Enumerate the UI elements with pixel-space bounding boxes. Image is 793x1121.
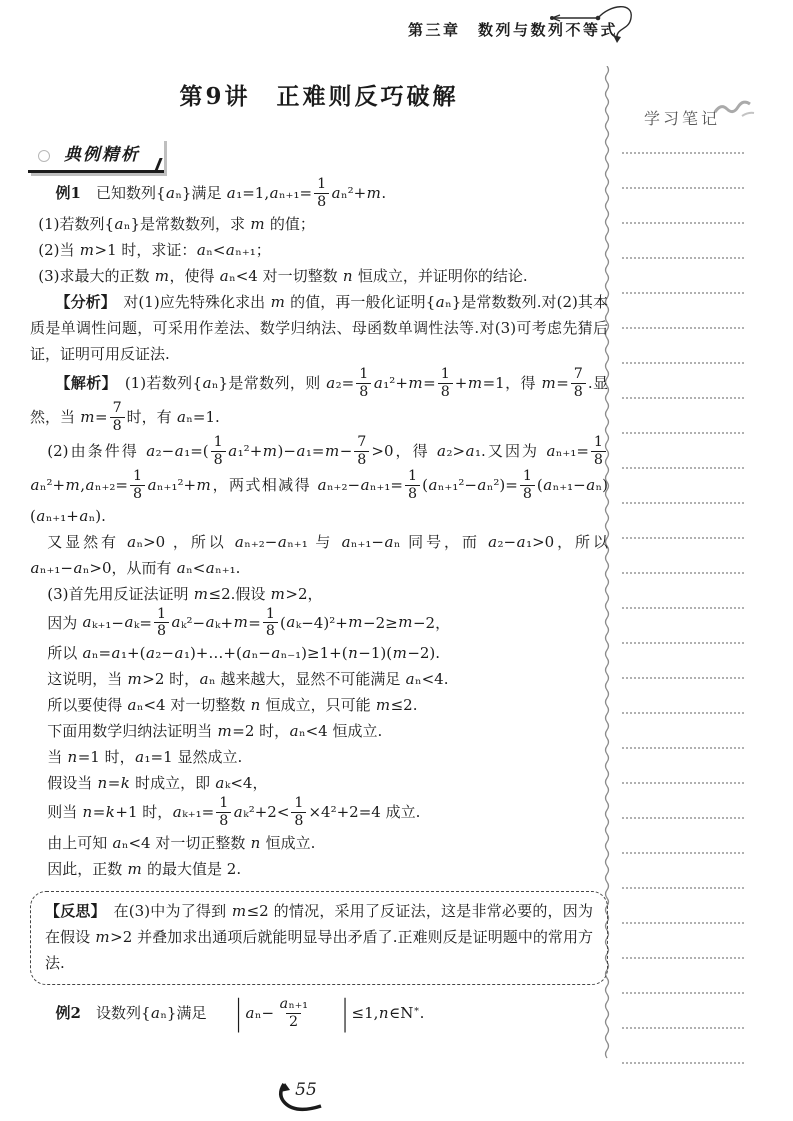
reflection: 【反思】 在(3)中为了得到 m≤2 的情况，采用了反证法，这是非常必要的，因为… [30,891,608,985]
note-line [622,292,744,294]
note-line [622,397,744,399]
solution-induction-conclusion: 由上可知 aₙ<4 对一切正整数 n 恒成立. [30,830,608,856]
example1-q3: (3)求最大的正数 m，使得 aₙ<4 对一切整数 n 恒成立，并证明你的结论. [30,263,608,289]
note-line [622,1027,744,1029]
example2-statement: 例2 设数列{aₙ}满足|aₙ−aₙ₊₁2|≤1,n∈N∗. [30,997,608,1031]
note-line [622,572,744,574]
note-line [622,502,744,504]
note-line [622,222,744,224]
paragraph-label: 【解析】 [56,374,110,392]
pen-scribble-icon [712,98,760,122]
note-line [622,957,744,959]
fraction: 18 [211,435,226,469]
example1-statement: 例1 已知数列{aₙ}满足 a₁=1,aₙ₊₁=18aₙ²+m. [30,177,608,211]
solution-part3-explain: 这说明，当 m>2 时，aₙ 越来越大，显然不可能满足 aₙ<4. [30,666,608,692]
solution-part3-sum: 所以 aₙ=a₁+(a₂−a₁)+…+(aₙ−aₙ₋₁)≥1+(n−1)(m−2… [30,640,608,666]
note-line [622,537,744,539]
note-line [622,432,744,434]
textbook-page: 第三章 数列与数列不等式 第9讲 正难则反巧破解 典例精析 学习笔记 例1 已知… [0,0,793,1121]
note-line [622,362,744,364]
solution-induction-hypothesis: 假设当 n=k 时成立，即 aₖ<4， [30,770,608,796]
abs-bar: | [317,983,348,1043]
solution-induction-intro: 下面用数学归纳法证明当 m=2 时，aₙ<4 恒成立. [30,718,608,744]
fraction: 18 [405,469,420,503]
fraction: 18 [130,469,145,503]
fraction: 18 [591,435,606,469]
fraction: aₙ₊₁2 [276,997,311,1031]
study-notes-label: 学习笔记 [644,106,720,129]
example1-q1: (1)若数列{aₙ}是常数数列，求 m 的值； [30,211,608,237]
solution-part3-inequality: 因为 aₖ₊₁−aₖ=18aₖ²−aₖ+m=18(aₖ−4)²+m−2≥m−2， [30,607,608,641]
fraction: 18 [314,177,329,211]
note-line [622,607,744,609]
note-line [622,257,744,259]
banner-circle-icon [38,150,50,162]
note-line [622,747,744,749]
arrow-doodle-icon [540,2,650,56]
solution-induction-base: 当 n=1 时，a₁=1 显然成立. [30,744,608,770]
fraction: 18 [216,796,231,830]
fraction: 78 [354,435,369,469]
fraction: 18 [154,607,169,641]
note-line [622,642,744,644]
fraction: 18 [263,607,278,641]
note-line [622,1062,744,1064]
fraction: 18 [356,367,371,401]
paragraph-label: 【分析】 [56,293,109,311]
fraction: 18 [291,796,306,830]
fraction: 78 [571,367,586,401]
solution-final-answer: 因此，正数 m 的最大值是 2. [30,856,608,882]
page-number: 55 [295,1080,317,1100]
solution-part1: 【解析】 (1)若数列{aₙ}是常数列，则 a₂=18a₁²+m=18+m=1，… [30,367,608,435]
section-banner-label: 典例精析 [64,145,140,165]
content-area: 例1 已知数列{aₙ}满足 a₁=1,aₙ₊₁=18aₙ²+m.(1)若数列{a… [30,177,608,1031]
page-title: 第9讲 正难则反巧破解 [30,78,608,111]
note-line [622,817,744,819]
solution-induction-step: 则当 n=k+1 时，aₖ₊₁=18aₖ²+2<18×4²+2=4 成立. [30,796,608,830]
solution-part2b: 又显然有 aₙ>0 ，所以 aₙ₊₂−aₙ₊₁ 与 aₙ₊₁−aₙ 同号，而 a… [30,529,608,581]
note-line [622,887,744,889]
note-line [622,782,744,784]
note-line [622,467,744,469]
solution-part2a: (2)由条件得 a₂−a₁=(18a₁²+m)−a₁=m−78>0，得 a₂>a… [30,435,608,529]
abs-bar: | [210,983,241,1043]
solution-part3-assume: (3)首先用反证法证明 m≤2.假设 m>2， [30,581,608,607]
note-line [622,922,744,924]
fraction: 18 [438,367,453,401]
paragraph-label: 【反思】 [45,902,98,920]
note-line [622,992,744,994]
fraction: 78 [110,401,125,435]
fraction: 18 [520,469,535,503]
solution-part3-conclusion: 所以要使得 aₙ<4 对一切整数 n 恒成立，只可能 m≤2. [30,692,608,718]
example1-q2: (2)当 m>1 时，求证：aₙ<aₙ₊₁； [30,237,608,263]
page-footer: 55 [26,1080,586,1100]
paragraph-label: 例2 [56,1004,81,1022]
note-line [622,712,744,714]
note-line [622,327,744,329]
note-line [622,677,744,679]
paragraph-label: 例1 [56,184,81,202]
analysis: 【分析】 对(1)应先特殊化求出 m 的值，再一般化证明{aₙ}是常数数列.对(… [30,289,608,367]
note-line [622,152,744,154]
note-line [622,187,744,189]
section-banner: 典例精析 [28,138,164,173]
note-line [622,852,744,854]
